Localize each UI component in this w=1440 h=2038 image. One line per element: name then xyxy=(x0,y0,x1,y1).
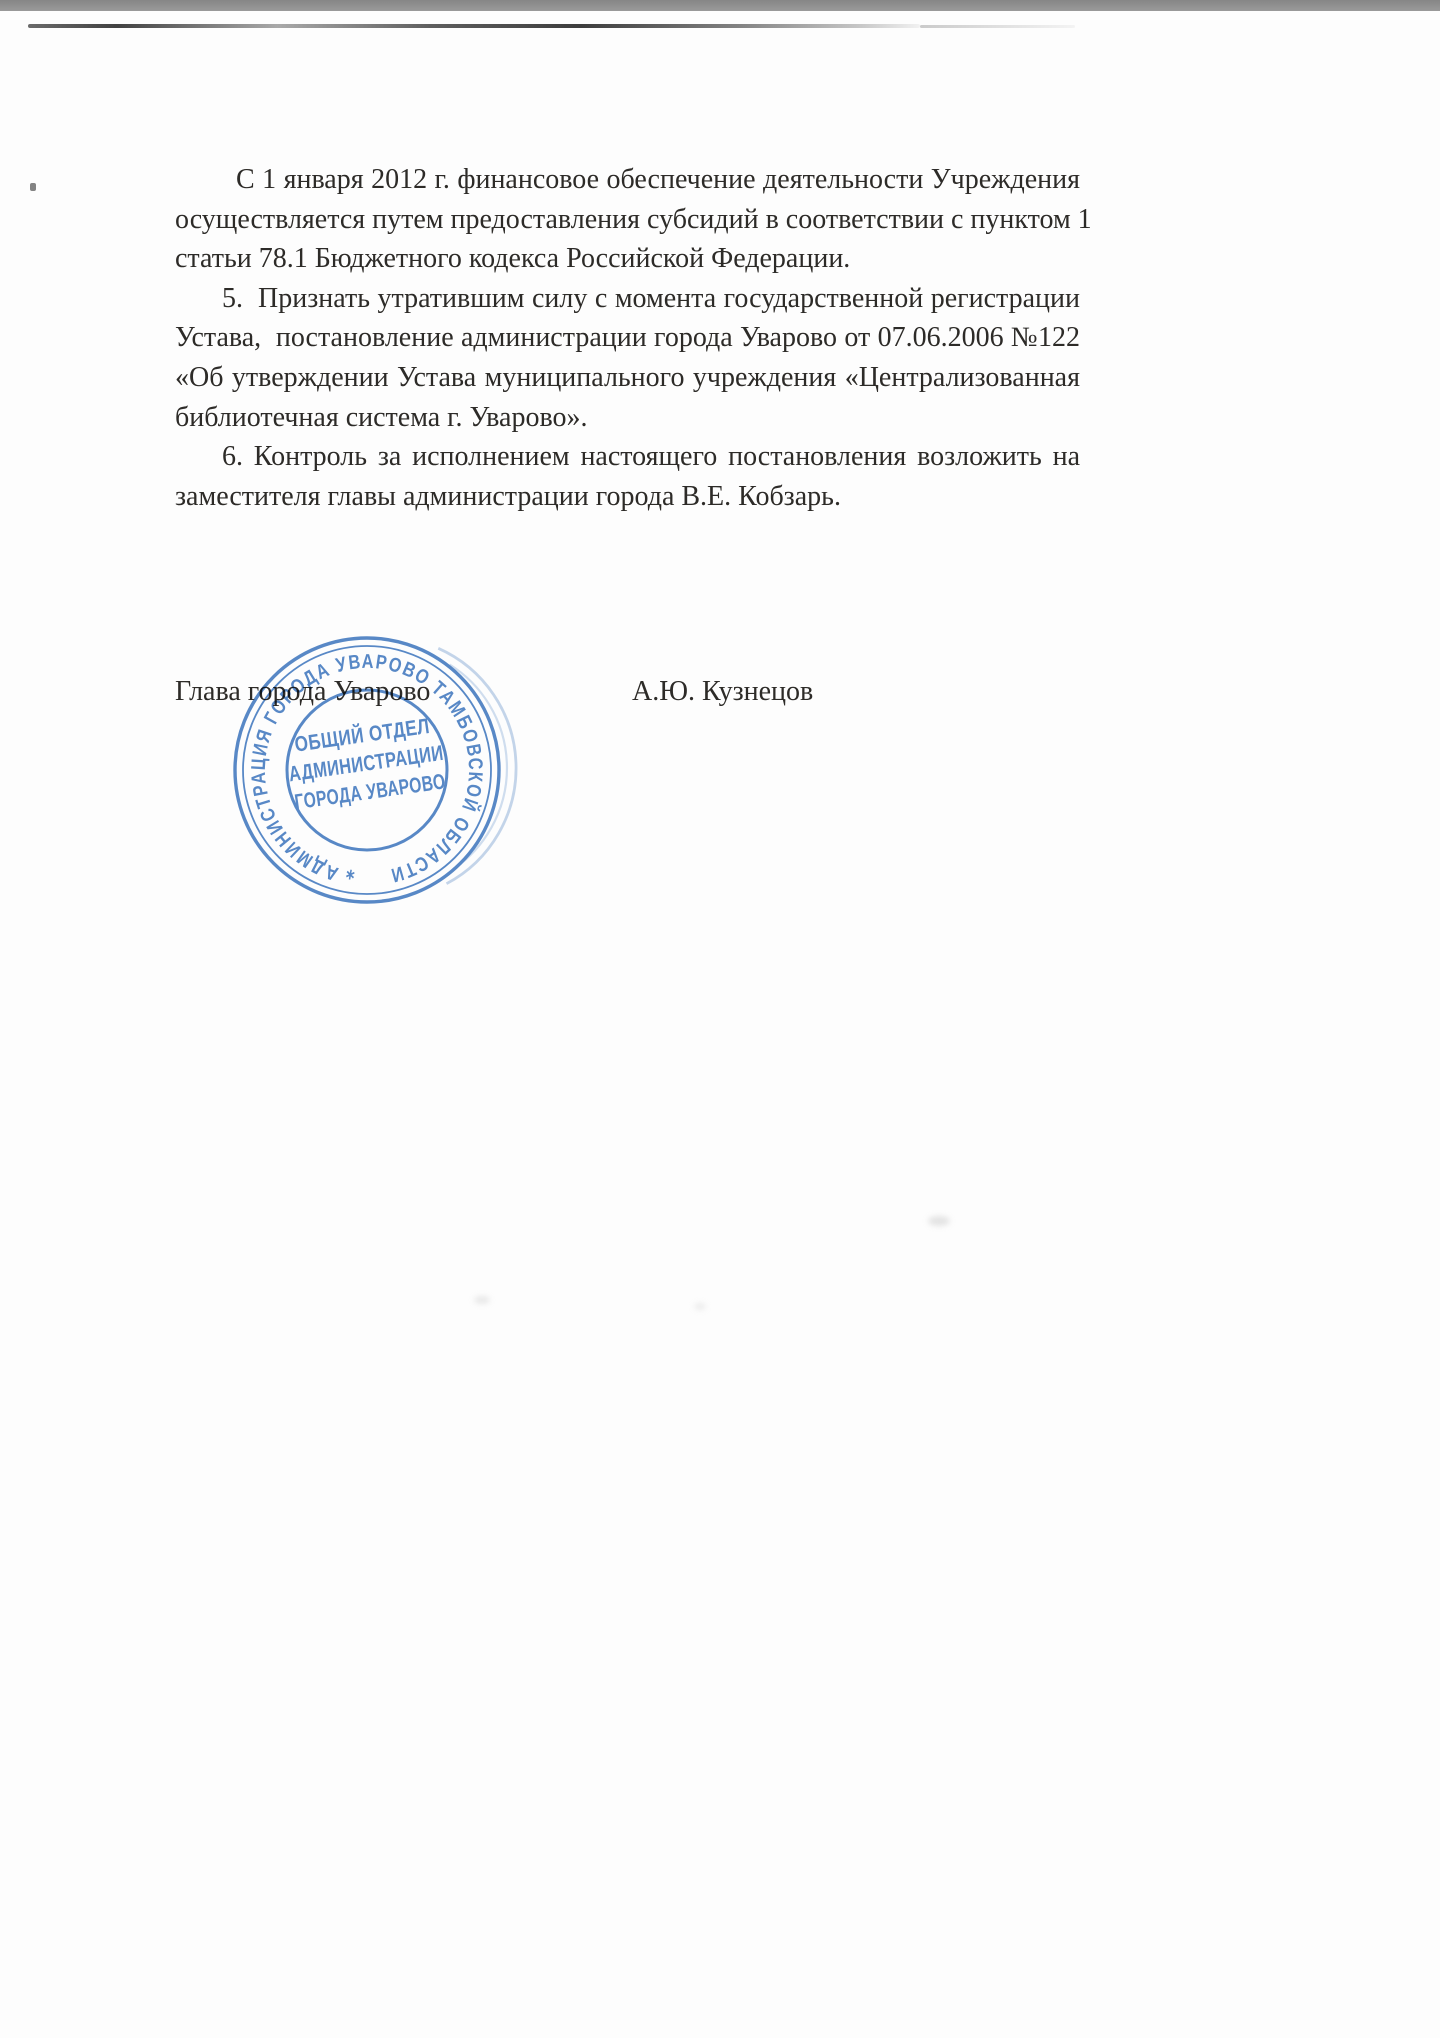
official-stamp-icon: ⁎ АДМИНИСТРАЦИЯ ГОРОДА УВАРОВО ТАМБОВСКО… xyxy=(217,620,537,920)
scan-smudge xyxy=(474,1296,490,1304)
document-body: С 1 января 2012 г. финансовое обеспечени… xyxy=(175,160,1080,516)
scan-speck xyxy=(30,183,36,191)
scan-artifact-line xyxy=(28,24,920,28)
document-line: заместителя главы администрации города В… xyxy=(175,477,1080,517)
document-line: 6. Контроль за исполнением настоящего по… xyxy=(175,437,1080,477)
scan-artifact-line-tail xyxy=(920,25,1075,28)
document-line: осуществляется путем предоставления субс… xyxy=(175,200,1080,240)
signatory-name: А.Ю. Кузнецов xyxy=(632,672,813,712)
document-line: статьи 78.1 Бюджетного кодекса Российско… xyxy=(175,239,1080,279)
document-line: библиотечная система г. Уварово». xyxy=(175,398,1080,438)
scan-edge-bar xyxy=(0,0,1440,11)
document-line: Устава, постановление администрации горо… xyxy=(175,318,1080,358)
scanned-document-page: С 1 января 2012 г. финансовое обеспечени… xyxy=(0,0,1440,2038)
scan-smudge xyxy=(694,1303,706,1310)
scan-smudge xyxy=(928,1216,950,1226)
document-line: «Об утверждении Устава муниципального уч… xyxy=(175,358,1080,398)
document-line: С 1 января 2012 г. финансовое обеспечени… xyxy=(175,160,1080,200)
document-line: 5. Признать утратившим силу с момента го… xyxy=(175,279,1080,319)
